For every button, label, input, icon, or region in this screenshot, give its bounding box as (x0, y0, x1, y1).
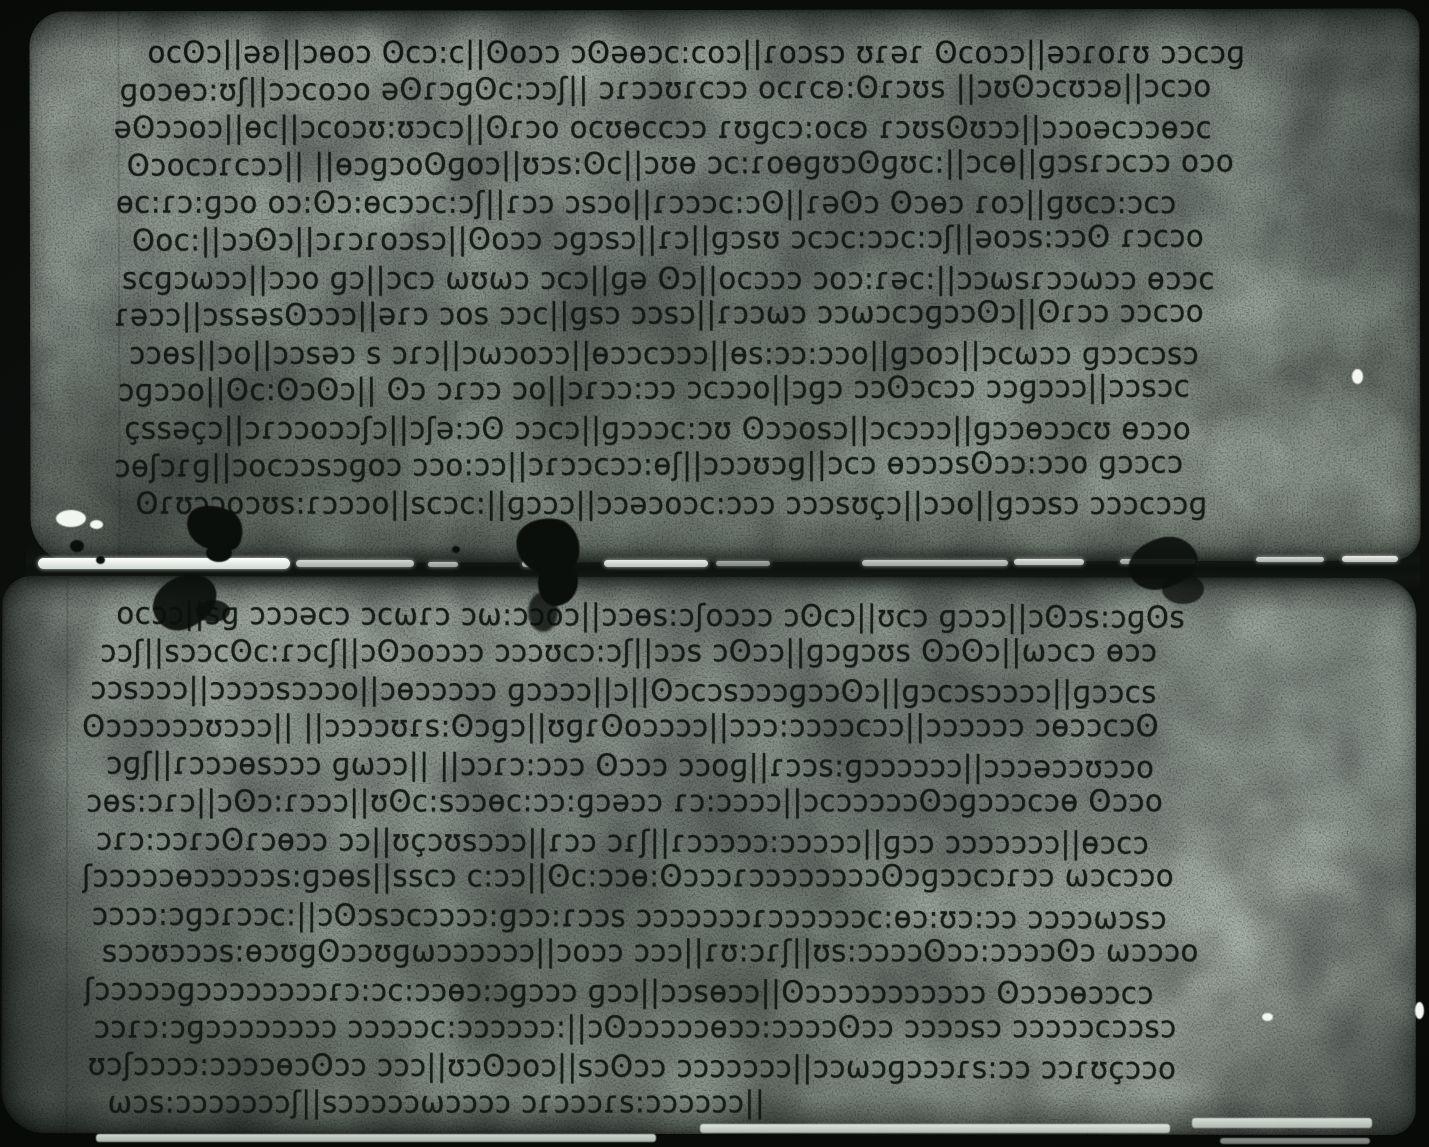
top-leaf: ocʘɔ||əʚ||ɔɵoɔ ʘcɔ:c||ʘoɔɔ ɔʘəɵɔc:coɔ||ɾ… (29, 9, 1420, 564)
bottom-edge-highlight (700, 1124, 1170, 1133)
manuscript-line: ɔɔɾɔ:ɔɡɔɔɔɔɔɔɔɔ ɔɔɔɔɔc:ɔɔɔɔɔɔ:||ɔʘɔɔɔɔɔɵ… (94, 1008, 1376, 1048)
bottom-leaf: ocɔɔ||sɡ ɔɔɔəcɔ ɔcωɾɔ ɔω:ɔɔoɔ||ɔɔɵs:ɔʃoɔ… (2, 576, 1417, 1135)
glint (90, 520, 103, 529)
manuscript-line: ɡoɔɵɔ:ʊʃ||ɔɔcoɔo əʘɾɔɡʘc:ɔɔʃ|| ɔɾɔɔʊɾcɔɔ… (120, 67, 1386, 111)
ink-blot (528, 592, 558, 632)
fold-highlight (604, 560, 708, 567)
glint (1415, 1002, 1424, 1019)
glint (1262, 1013, 1273, 1021)
manuscript-line: ɔɡɔɔo||ʘc:ʘɔʘɔ|| ʘɔ ɔɾɔɔ ɔo||ɔɾɔɔ:ɔɔ ɔcɔ… (118, 368, 1386, 412)
ink-speck (70, 540, 84, 552)
manuscript-line: sɔɔʊɔɔɔs:ɵɔʊɡʘɔɔʊɡωɔɔɔɔɔɔ||ɔoɔɔ ɔɔɔ||ɾʊ:… (102, 933, 1376, 973)
fold-highlight (716, 561, 770, 566)
fold-highlight (862, 560, 1008, 566)
fold-highlight (296, 560, 414, 567)
fold-highlight (1256, 557, 1324, 562)
manuscript-line: ɔɔʃ||sɔɔcʘc:ɾɔcʃ||ɔʘɔoɔɔɔ ɔɔɔʊcɔ:ɔʃ||ɔɔs… (100, 633, 1376, 673)
ink-blot (206, 544, 232, 562)
fold-highlight (1342, 556, 1398, 562)
fold-highlight (1014, 559, 1084, 565)
manuscript-line: ɔɵs:ɔɾɔ||ɔʘɔ:ɾɔɔɔ||ʊʘc:sɔɔɵc:ɔɔ:ɡɔəɔɔ ɾɔ… (86, 783, 1376, 823)
manuscript-line: ʘɔɔɔɔɔɔʊɔɔɔ|| ||ɔɔɔɔʊɾs:ʘɔɡɔ||ʊɡɾʘoɔɔɔɔ|… (82, 708, 1376, 748)
manuscript-photo: ocʘɔ||əʚ||ɔɵoɔ ʘcɔ:c||ʘoɔɔ ɔʘəɵɔc:coɔ||ɾ… (0, 0, 1429, 1147)
script-block-top: ocʘɔ||əʚ||ɔɵoɔ ʘcɔ:c||ʘoɔɔ ɔʘəɵɔc:coɔ||ɾ… (113, 33, 1386, 524)
fold-highlight (38, 558, 290, 569)
ink-blot (196, 600, 230, 622)
manuscript-line: ɔɵʃɔɾɡ||ɔocɔɔsɔɡoɔ ɔɔo:ɔɔ||ɔɾɔɔcɔɔ:ɵʃ||ɔ… (114, 443, 1386, 487)
bottom-edge-highlight (96, 1134, 656, 1142)
bottom-edge-highlight (1220, 1138, 1370, 1144)
script-block-bottom: ocɔɔ||sɡ ɔɔɔəcɔ ɔcωɾɔ ɔω:ɔɔoɔ||ɔɔɵs:ɔʃoɔ… (82, 596, 1377, 1124)
ink-speck (452, 546, 460, 553)
glint (1352, 369, 1363, 384)
manuscript-line: ʃɔɔɔɔɔɵɔɔɔɔɔs:ɡɔɵs||sscɔ c:ɔɔ||ʘc:ɔɔɵ:ʘɔ… (82, 858, 1376, 898)
bottom-edge-highlight (1192, 1118, 1372, 1128)
fold-highlight (428, 562, 458, 567)
glint (56, 510, 86, 527)
manuscript-line: ʘɔocɔɾcɔɔ|| ||ɵɔɡɔoʘɡoɔ||ʊɔs:ʘc||ɔʊɵ ɔc:… (127, 142, 1386, 186)
manuscript-line: ωɔs:ɔɔɔɔɔɔɔʃ||sɔɔɔɔɔωɔɔɔɔ ɔɾɔɔɔɾs:ɔɔɔɔɔɔ… (108, 1084, 1288, 1124)
ink-blot (1162, 574, 1204, 604)
manuscript-line: ʘɾʊɔɔoɔʊs:ɾɔɔɔo||scɔc:||ɡɔɔɔ||ɔɔəɔoɔc:ɔɔ… (135, 486, 1386, 526)
manuscript-line: ʘoc:||ɔɔʘɔ||ɔɾɔɾoɔsɔ||ʘoɔɔ ɔɡɔsɔ||ɾɔ||ɡɔ… (132, 218, 1386, 262)
manuscript-line: ɾəɔɔ||ɔssəsʘɔɔɔ||əɾɔ ɔos ɔɔc||ɡsɔ ɔɔsɔ||… (114, 293, 1386, 337)
ink-speck (96, 556, 105, 564)
